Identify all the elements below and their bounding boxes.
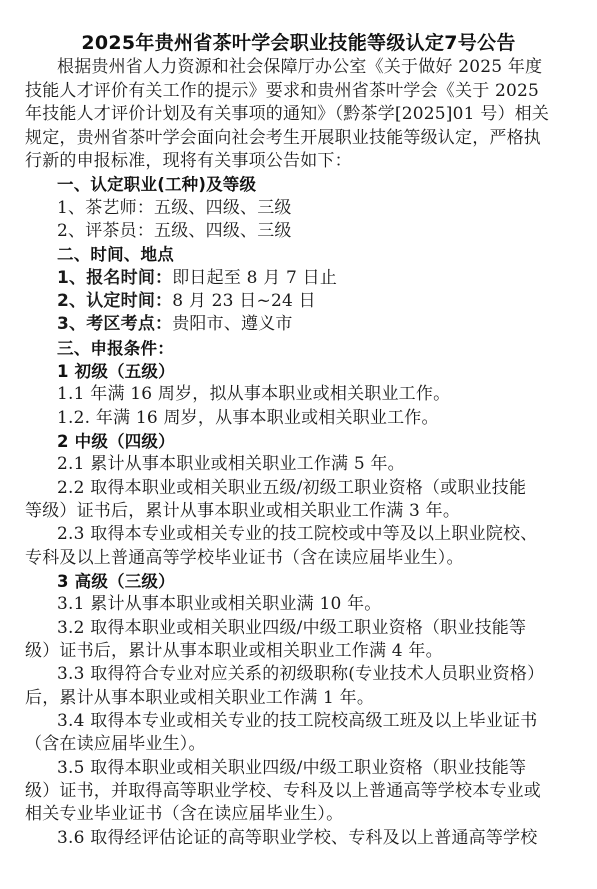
- requirement-line: 3.5 取得本职业或相关职业四级/中级工职业资格（职业技能等: [57, 757, 597, 780]
- requirement-line: 3.4 取得本专业或相关专业的技工院校高级工班及以上毕业证书: [57, 710, 597, 733]
- intro-line: 技能人才评价有关工作的提示》要求和贵州省茶叶学会《关于 2025: [25, 80, 585, 103]
- assessment-time-label: 2、认定时间：: [57, 291, 172, 311]
- requirement-line: 专科及以上普通高等学校毕业证书（含在读应届毕业生）。: [25, 547, 585, 570]
- requirement-line: 3.1 累计从事本职业或相关职业满 10 年。: [57, 593, 597, 616]
- intro-line: 规定，贵州省茶叶学会面向社会考生开展职业技能等级认定，严格执: [25, 127, 585, 150]
- requirement-line: 2.3 取得本专业或相关专业的技工院校或中等及以上职业院校、: [57, 523, 597, 546]
- assessment-time-value: 8 月 23 日~24 日: [172, 291, 316, 311]
- intro-line: 年技能人才评价计划及有关事项的通知》（黔茶学[2025]01 号）相关: [25, 103, 585, 126]
- exam-location-value: 贵阳市、遵义市: [172, 314, 292, 334]
- level-heading-senior: 3 高级（三级）: [57, 570, 597, 593]
- requirement-line: 等级）证书后，累计从事本职业或相关职业工作满 3 年。: [25, 500, 585, 523]
- time-place-item: 2、认定时间：8 月 23 日~24 日: [57, 290, 597, 313]
- requirement-line: 后，累计从事本职业或相关职业工作满 1 年。: [25, 687, 585, 710]
- section-heading-requirements: 三、申报条件：: [57, 337, 597, 360]
- requirement-line: （含在读应届毕业生）。: [25, 733, 585, 756]
- requirement-line: 3.2 取得本职业或相关职业四级/中级工职业资格（职业技能等: [57, 617, 597, 640]
- occupation-item: 1、茶艺师：五级、四级、三级: [57, 197, 597, 220]
- level-heading-junior: 1 初级（五级）: [57, 360, 597, 383]
- requirement-line: 3.3 取得符合专业对应关系的初级职称(专业技术人员职业资格）: [57, 663, 597, 686]
- requirement-line: 3.6 取得经评估论证的高等职业学校、专科及以上普通高等学校: [57, 827, 597, 850]
- document-title: 2025年贵州省茶叶学会职业技能等级认定7号公告: [0, 30, 597, 56]
- section-heading-occupations: 一、认定职业(工种)及等级: [57, 173, 597, 196]
- occupation-item: 2、评茶员：五级、四级、三级: [57, 220, 597, 243]
- requirement-line: 1.2. 年满 16 周岁，从事本职业或相关职业工作。: [57, 407, 597, 430]
- exam-location-label: 3、考区考点：: [57, 314, 172, 334]
- requirement-line: 级）证书，并取得高等职业学校、专科及以上普通高等学校本专业或: [25, 780, 585, 803]
- intro-line: 根据贵州省人力资源和社会保障厅办公室《关于做好 2025 年度: [57, 56, 597, 79]
- section-heading-time-place: 二、时间、地点: [57, 243, 597, 266]
- requirement-line: 2.1 累计从事本职业或相关职业工作满 5 年。: [57, 453, 597, 476]
- requirement-line: 1.1 年满 16 周岁，拟从事本职业或相关职业工作。: [57, 383, 597, 406]
- intro-line: 行新的申报标准，现将有关事项公告如下：: [25, 150, 585, 173]
- requirement-line: 级）证书后，累计从事本职业或相关职业工作满 4 年。: [25, 640, 585, 663]
- registration-time-value: 即日起至 8 月 7 日止: [172, 268, 337, 288]
- registration-time-label: 1、报名时间：: [57, 268, 172, 288]
- time-place-item: 1、报名时间：即日起至 8 月 7 日止: [57, 267, 597, 290]
- requirement-line: 相关专业毕业证书（含在读应届毕业生）。: [25, 803, 585, 826]
- level-heading-intermediate: 2 中级（四级）: [57, 430, 597, 453]
- requirement-line: 2.2 取得本职业或相关职业五级/初级工职业资格（或职业技能: [57, 477, 597, 500]
- time-place-item: 3、考区考点：贵阳市、遵义市: [57, 313, 597, 336]
